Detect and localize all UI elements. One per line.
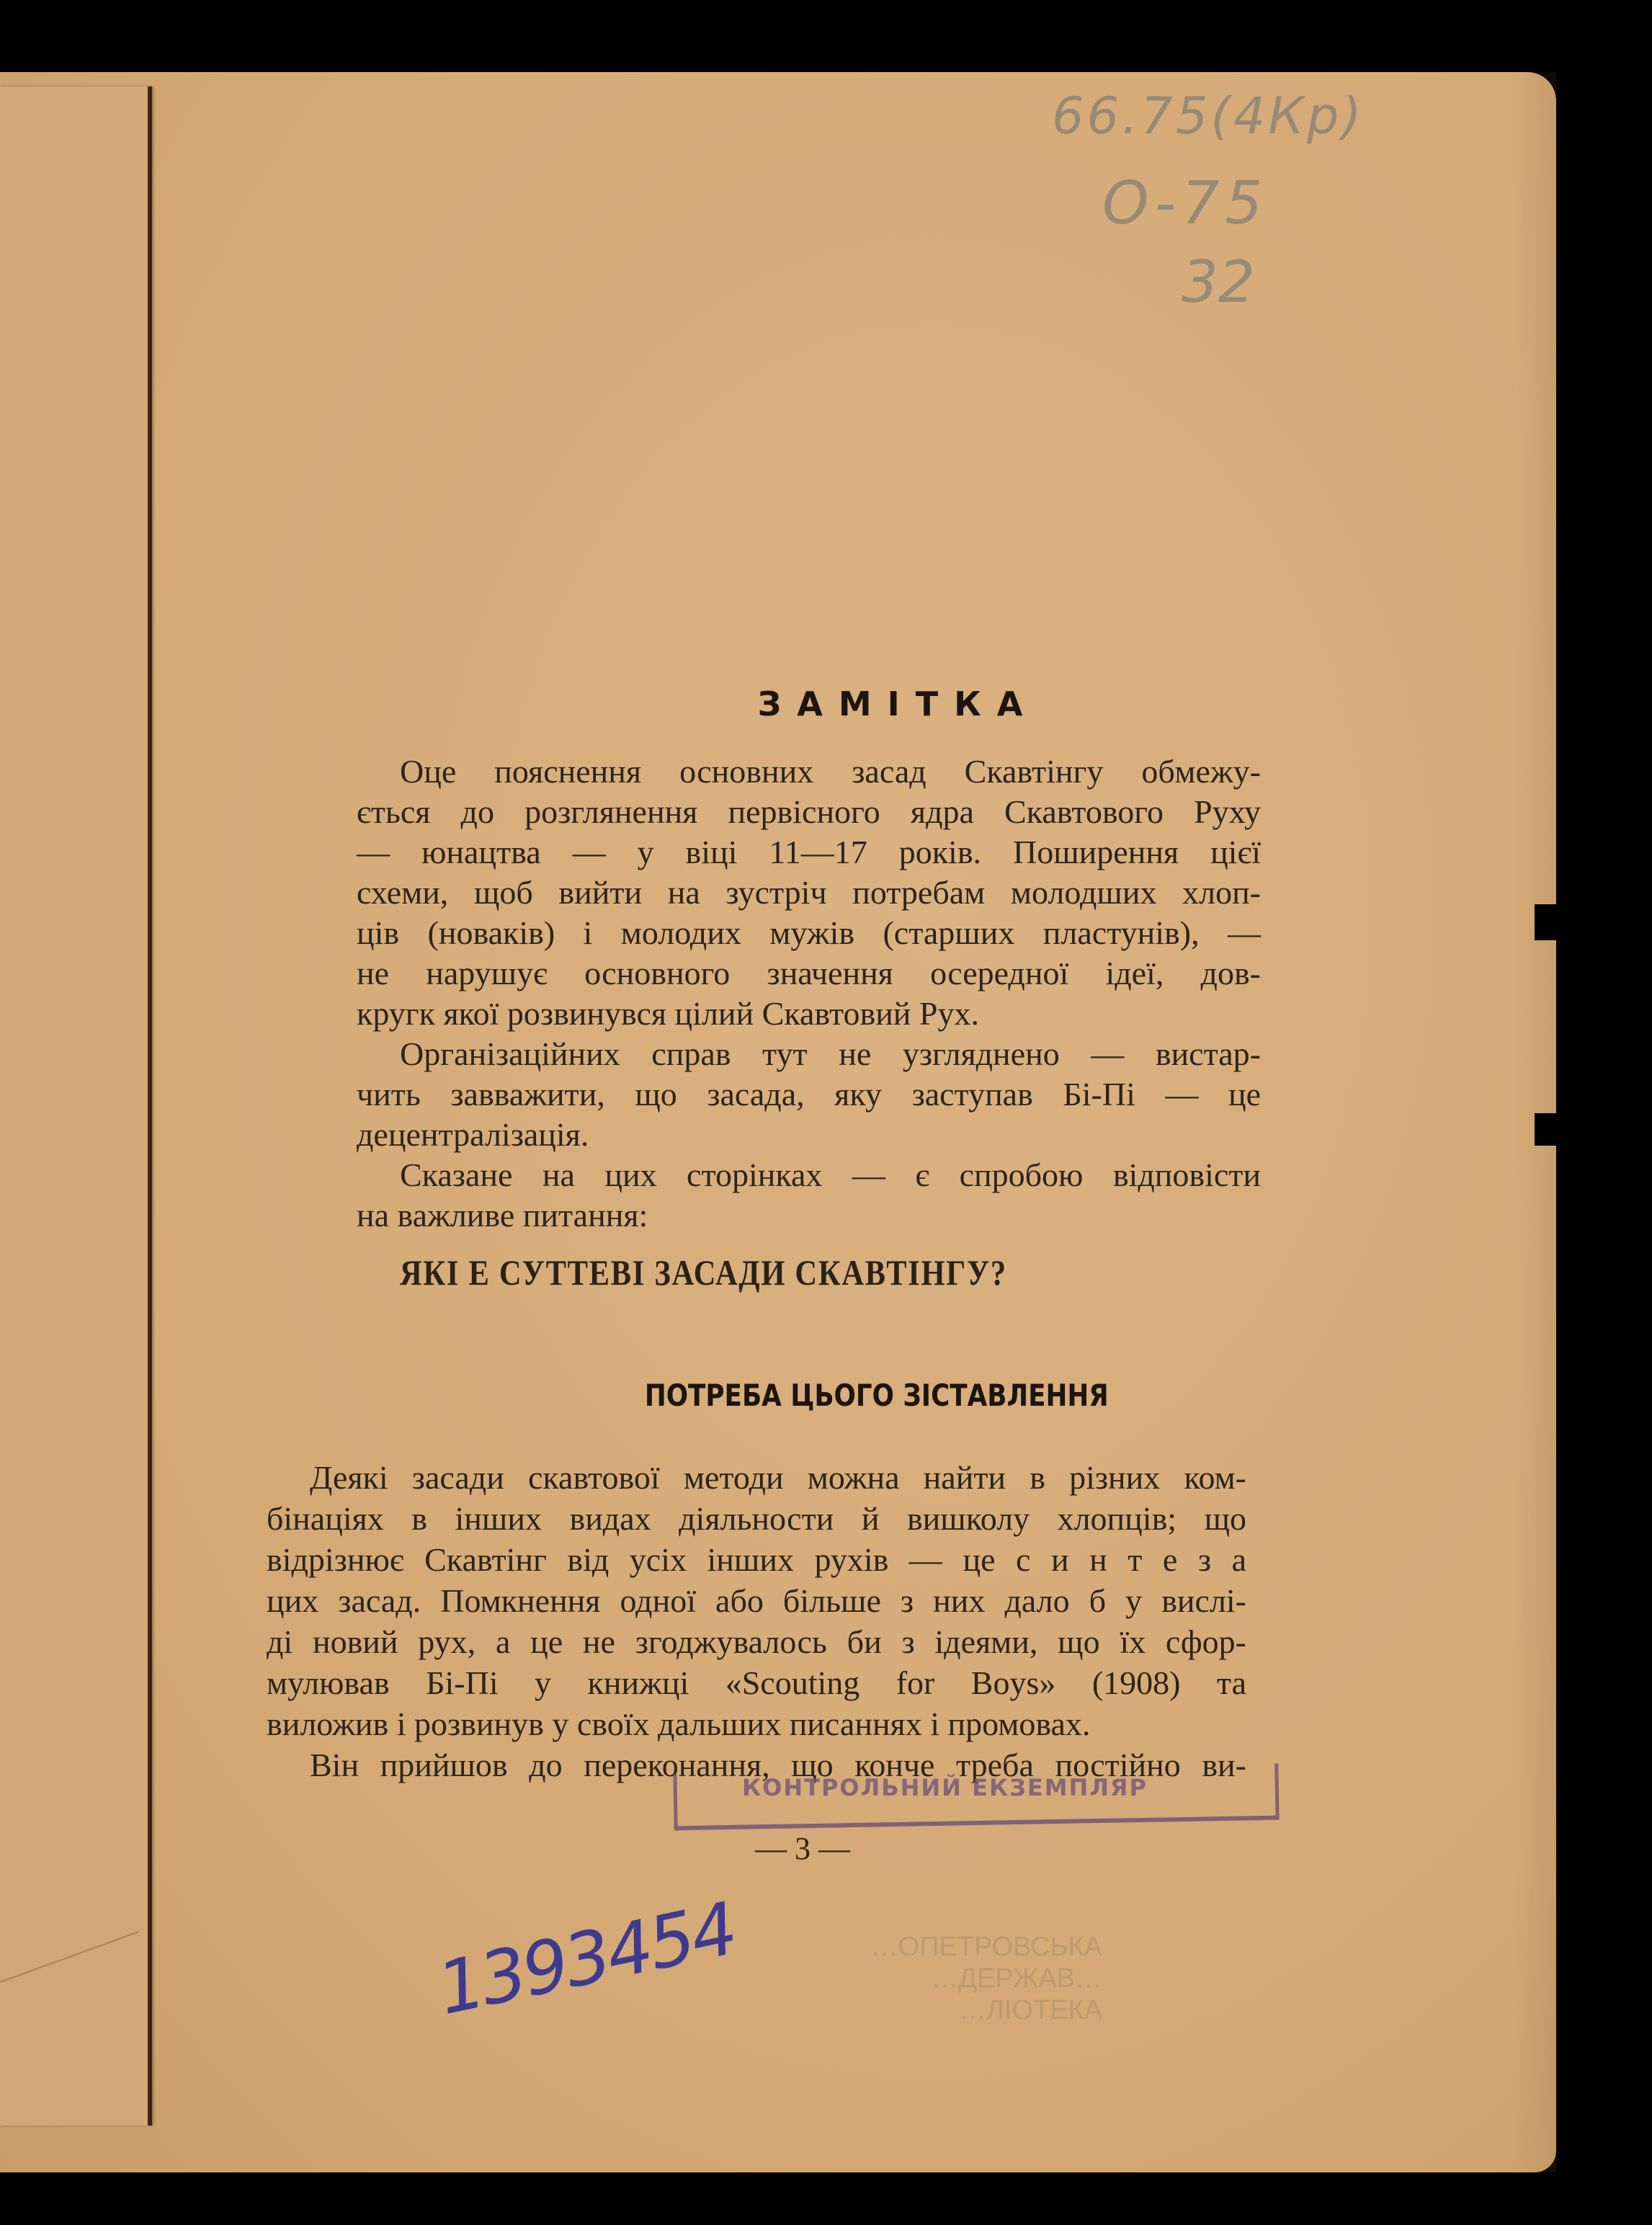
faint-stamp-line: …ЛІОТЕКА [814,1994,1102,2026]
previous-page-edge [0,86,152,2126]
intro-paragraph-2: Організаційних справ тут не узгляднено —… [357,1034,1261,1155]
text-line: бінаціях в інших видах діяльности й вишк… [267,1498,1246,1539]
edge-tear [1535,904,1556,940]
text-line: виложив і розвинув у своїх дальших писан… [267,1703,1246,1744]
heading-zamitka: ЗАМІТКА [0,685,1652,723]
text-line: чить завважити, що засада, яку заступав … [357,1074,1261,1115]
page-number: — 3 — [0,1830,1652,1867]
text-line: Оце пояснення основних засад Скавтінгу о… [357,752,1261,792]
text-line: на важливе питання: [357,1195,1261,1236]
intro-paragraph-3: Сказане на цих сторінках — є спробою від… [357,1155,1261,1236]
key-question: ЯКІ Е СУТТЕВІ ЗАСАДИ СКАВТІНГУ? [400,1252,1007,1293]
heading-zamitka-text: ЗАМІТКА [758,685,1039,723]
text-line: цих засад. Помкнення одної або більше з … [267,1580,1246,1621]
text-line: схеми, щоб вийти на зустріч потребам мол… [357,873,1261,913]
control-copy-stamp-text: КОНТРОЛЬНИЙ ЕКЗЕМПЛЯР [742,1774,1148,1801]
text-line: мулював Бі-Пі у книжці «Scouting for Boy… [267,1662,1246,1703]
paper-crease [0,1931,139,1983]
text-line: децентралізація. [357,1115,1261,1155]
shelfmark-pencil-line3: 32 [1182,249,1255,316]
text-line: не нарушує основного значення осередної … [357,953,1261,994]
faint-stamp-line: …ДЕРЖАВ… [814,1963,1102,1994]
text-line: ється до розглянення первісного ядра Ска… [357,792,1261,832]
heading-potreba-text: ПОТРЕБА ЦЬОГО ЗІСТАВЛЕННЯ [645,1378,1109,1413]
faint-stamp-line: …ОПЕТРОВСЬКА [814,1931,1102,1963]
text-line: Сказане на цих сторінках — є спробою від… [357,1155,1261,1195]
section-paragraph-1: Деякі засади скавтової методи можна найт… [267,1457,1246,1744]
shelfmark-pencil-line2: О-75 [1102,169,1268,238]
intro-paragraph-1: Оце пояснення основних засад Скавтінгу о… [357,752,1261,1034]
shelfmark-pencil-line1: 66.75(4Кр) [1052,86,1365,146]
heading-potreba: ПОТРЕБА ЦЬОГО ЗІСТАВЛЕННЯ [0,1378,1652,1413]
text-line: ців (новаків) і молодих мужів (старших п… [357,913,1261,953]
edge-tear [1535,1113,1556,1146]
text-line: Організаційних справ тут не узгляднено —… [357,1034,1261,1074]
faint-library-stamp: …ОПЕТРОВСЬКА …ДЕРЖАВ… …ЛІОТЕКА [814,1931,1102,2026]
text-line: кругк якої розвинувся цілий Скавтовий Ру… [357,994,1261,1034]
text-line: — юнацтва — у віці 11—17 років. Поширенн… [357,832,1261,873]
text-line: ді новий рух, а це не згоджувалось би з … [267,1621,1246,1662]
text-line: відрізнює Скавтінг від усіх інших рухів … [267,1539,1246,1580]
page-number-text: — 3 — [755,1830,850,1867]
text-line: Деякі засади скавтової методи можна найт… [267,1457,1246,1498]
